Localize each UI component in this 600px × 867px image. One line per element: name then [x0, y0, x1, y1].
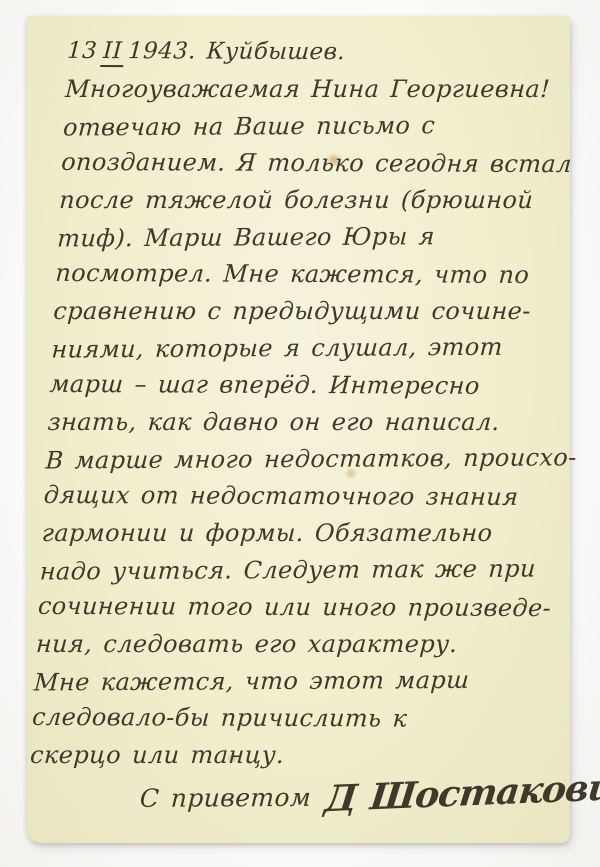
- letter-line: сочинении того или иного произведе-: [37, 588, 550, 627]
- letter-line: ния, следовать его характеру.: [35, 626, 548, 663]
- letter-line: В марше много недостатков, происхо-: [45, 439, 558, 479]
- letter-line: марш – шаг вперёд. Интересно: [49, 366, 562, 405]
- letter-line: гармонии и формы. Обязательно: [41, 515, 554, 552]
- letter-line: отвечаю на Ваше письмо с: [62, 106, 575, 146]
- letter-line: знать, как давно он его написал.: [47, 404, 560, 441]
- date-day: 13: [66, 38, 98, 64]
- letter-line: скерцо или танцу.: [29, 737, 542, 774]
- letter-line: Мне кажется, что этот марш: [33, 661, 546, 701]
- letter-line: посмотрел. Мне кажется, что по: [54, 255, 567, 294]
- letter-line: дящих от недостаточного знания: [43, 477, 556, 516]
- letter-line: надо учиться. Следует так же при: [39, 550, 552, 590]
- closing-line: С приветомД Шостакович: [27, 774, 540, 814]
- letter-line: опозданием. Я только сегодня встал: [60, 144, 573, 183]
- date-rest: 1943. Куйбышев.: [127, 38, 345, 65]
- letter-paper: 13II1943. Куйбышев. Многоуважаемая Нина …: [27, 16, 570, 843]
- letter-line: после тяжелой болезни (брюшной: [58, 182, 571, 219]
- letter-photograph: 13II1943. Куйбышев. Многоуважаемая Нина …: [0, 0, 600, 867]
- letter-line-greeting: Многоуважаемая Нина Георгиевна!: [64, 71, 577, 108]
- date-line: 13II1943. Куйбышев.: [66, 33, 579, 72]
- letter-line: сравнению с предыдущими сочине-: [52, 293, 565, 330]
- letter-line: тиф). Марш Вашего Юры я: [56, 217, 569, 257]
- letter-line: ниями, которые я слушал, этот: [51, 328, 564, 368]
- letter-text: 13II1943. Куйбышев. Многоуважаемая Нина …: [26, 34, 579, 835]
- letter-line: следовало-бы причислить к: [31, 699, 544, 738]
- date-month-roman: II: [100, 38, 125, 67]
- signature: Д Шостакович: [323, 768, 600, 818]
- closing-text: С приветом: [139, 783, 312, 813]
